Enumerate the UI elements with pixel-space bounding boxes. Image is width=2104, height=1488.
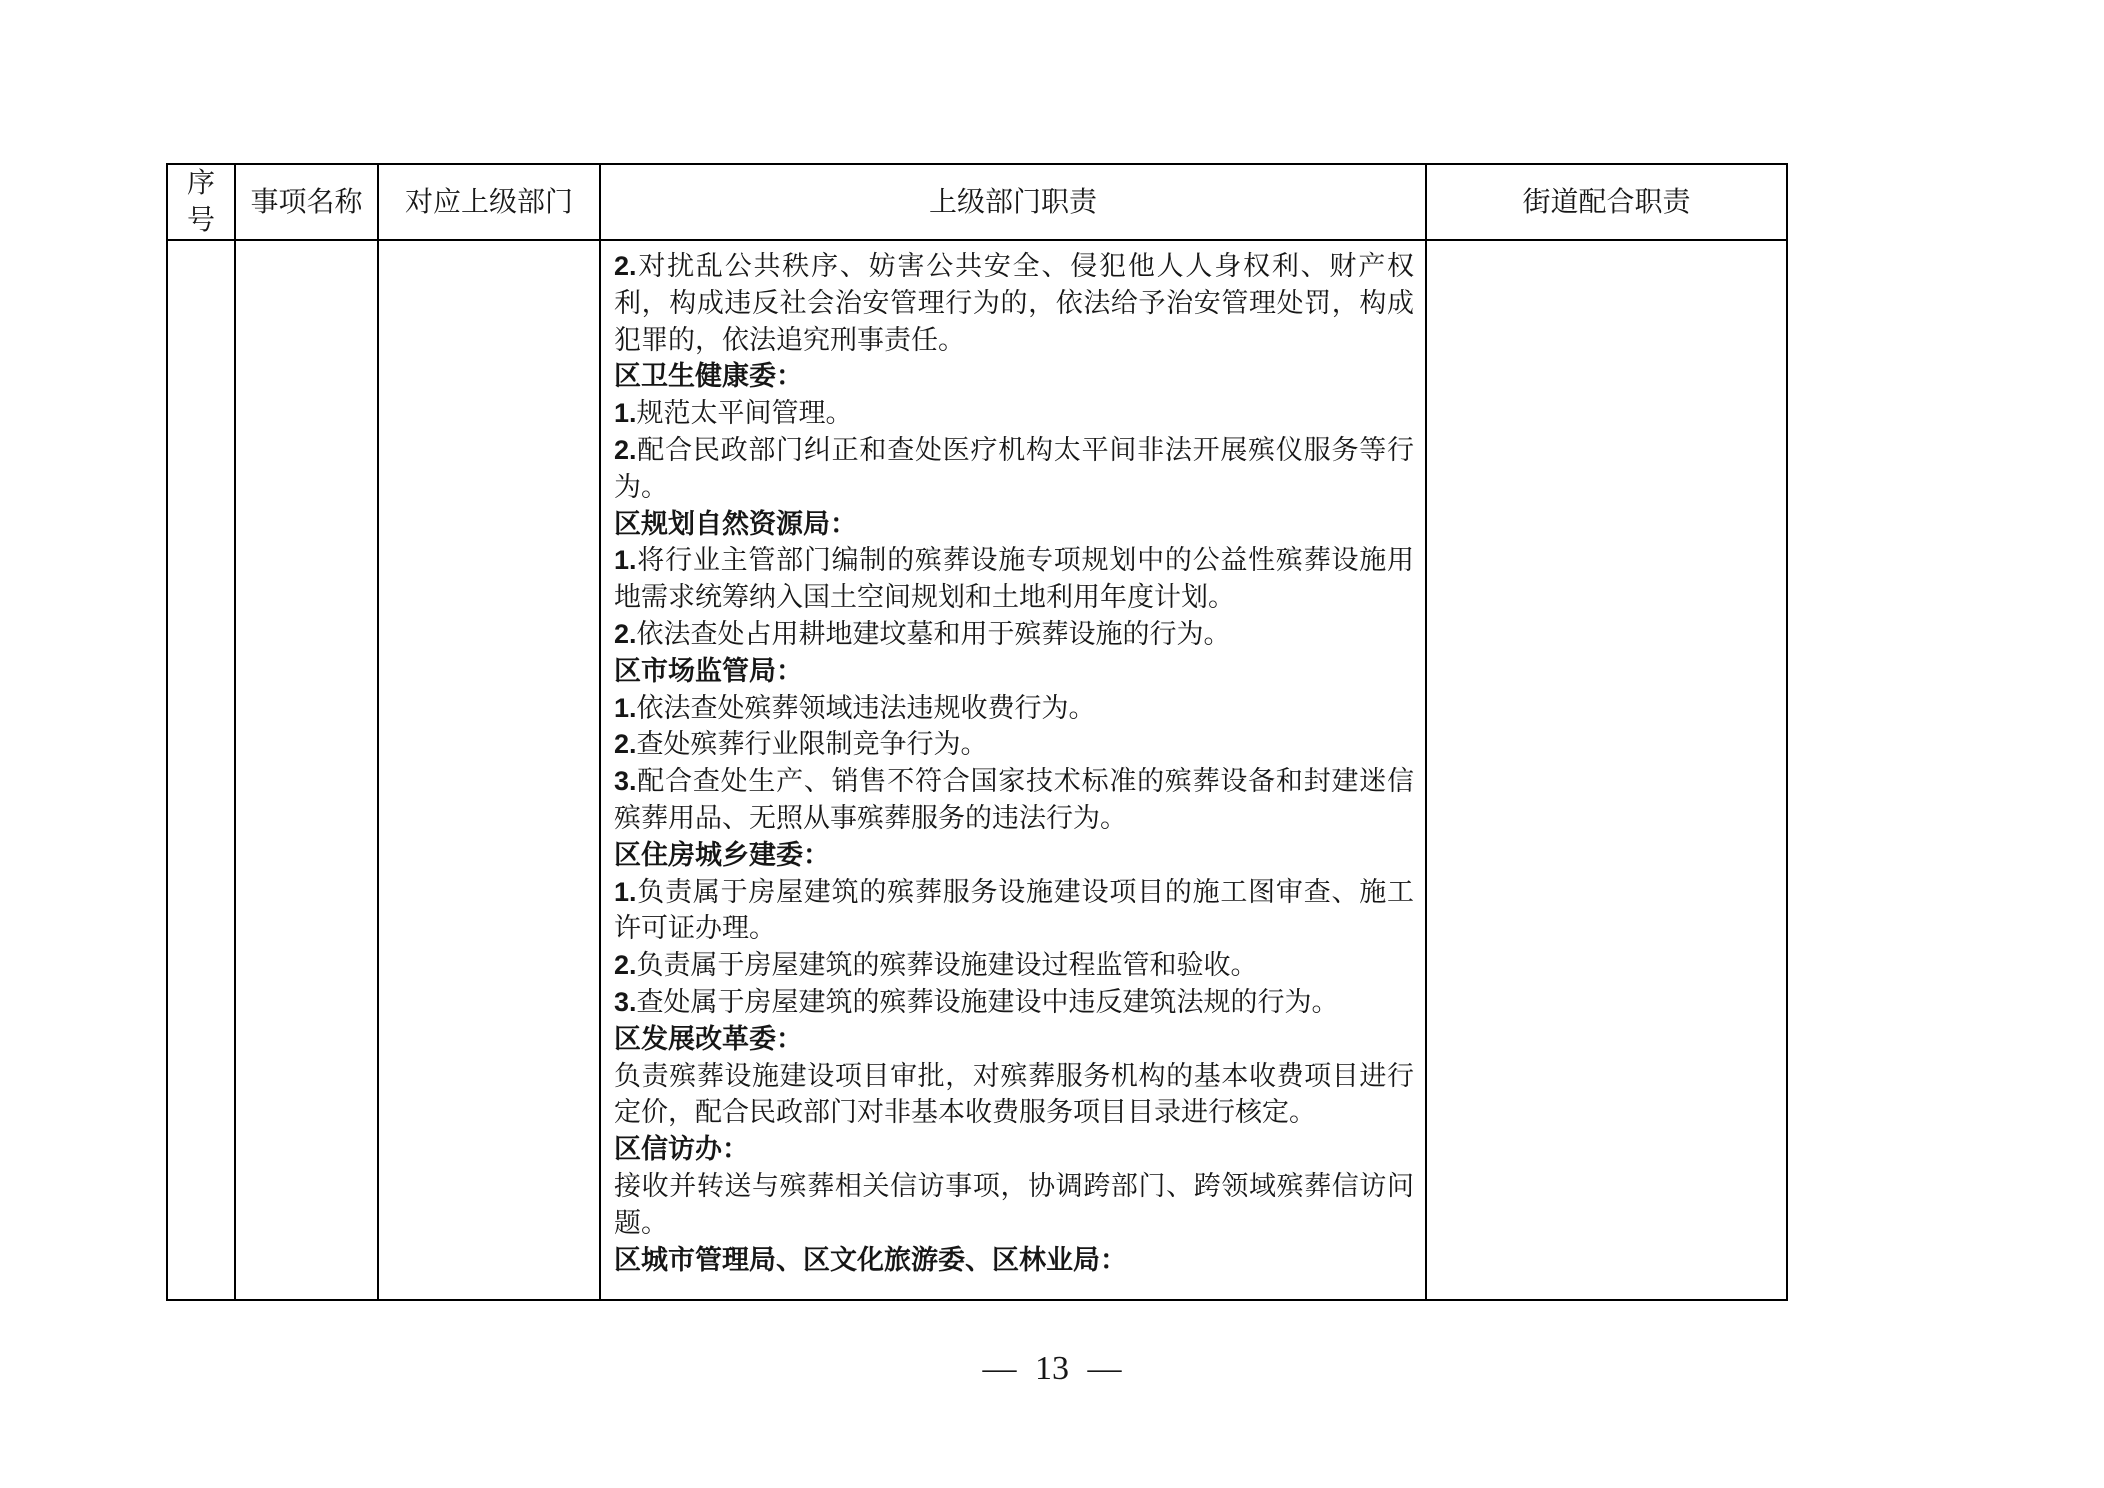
list-number: 2. — [614, 435, 637, 465]
department-heading: 区信访办： — [614, 1131, 1414, 1168]
list-number: 2. — [614, 729, 637, 759]
list-number: 1. — [614, 545, 637, 575]
duty-paragraph: 2.对扰乱公共秩序、妨害公共安全、侵犯他人人身权利、财产权利，构成违反社会治安管… — [614, 248, 1414, 358]
duty-paragraph: 2.依法查处占用耕地建坟墓和用于殡葬设施的行为。 — [614, 616, 1414, 653]
list-number: 1. — [614, 877, 637, 907]
duty-paragraph: 1.依法查处殡葬领域违法违规收费行为。 — [614, 690, 1414, 727]
header-row: 序号 事项名称 对应上级部门 上级部门职责 街道配合职责 — [167, 164, 1787, 240]
duty-paragraph: 3.配合查处生产、销售不符合国家技术标准的殡葬设备和封建迷信殡葬用品、无照从事殡… — [614, 763, 1414, 837]
duty-paragraph: 2.负责属于房屋建筑的殡葬设施建设过程监管和验收。 — [614, 947, 1414, 984]
header-superior-department: 对应上级部门 — [378, 164, 600, 240]
list-number: 2. — [614, 619, 637, 649]
department-heading: 区规划自然资源局： — [614, 506, 1414, 543]
department-heading: 区卫生健康委： — [614, 358, 1414, 395]
duty-paragraph: 3.查处属于房屋建筑的殡葬设施建设中违反建筑法规的行为。 — [614, 984, 1414, 1021]
header-item-name: 事项名称 — [235, 164, 378, 240]
department-heading: 区市场监管局： — [614, 653, 1414, 690]
list-number: 2. — [614, 251, 637, 281]
superior-duties-cell: 2.对扰乱公共秩序、妨害公共安全、侵犯他人人身权利、财产权利，构成违反社会治安管… — [600, 240, 1426, 1300]
list-number: 3. — [614, 766, 637, 796]
duty-paragraph: 2.配合民政部门纠正和查处医疗机构太平间非法开展殡仪服务等行为。 — [614, 432, 1414, 506]
document-page: 序号 事项名称 对应上级部门 上级部门职责 街道配合职责 2.对扰乱公共秩序、妨… — [0, 0, 2104, 1488]
seq-cell — [167, 240, 235, 1300]
duty-paragraph: 2.查处殡葬行业限制竞争行为。 — [614, 726, 1414, 763]
street-duties-cell — [1426, 240, 1787, 1300]
department-heading: 区城市管理局、区文化旅游委、区林业局： — [614, 1242, 1414, 1279]
department-heading: 区住房城乡建委： — [614, 837, 1414, 874]
list-number: 3. — [614, 987, 637, 1017]
list-number: 1. — [614, 398, 637, 428]
duty-paragraph: 1.负责属于房屋建筑的殡葬服务设施建设项目的施工图审查、施工许可证办理。 — [614, 874, 1414, 948]
duties-table: 序号 事项名称 对应上级部门 上级部门职责 街道配合职责 2.对扰乱公共秩序、妨… — [166, 163, 1788, 1301]
department-heading: 区发展改革委： — [614, 1021, 1414, 1058]
header-seq: 序号 — [167, 164, 235, 240]
list-number: 1. — [614, 693, 637, 723]
page-number: — 13 — — [0, 1349, 2104, 1389]
item-name-cell — [235, 240, 378, 1300]
table-row: 2.对扰乱公共秩序、妨害公共安全、侵犯他人人身权利、财产权利，构成违反社会治安管… — [167, 240, 1787, 1300]
header-street-duties: 街道配合职责 — [1426, 164, 1787, 240]
header-superior-duties: 上级部门职责 — [600, 164, 1426, 240]
duty-paragraph: 1.将行业主管部门编制的殡葬设施专项规划中的公益性殡葬设施用地需求统筹纳入国土空… — [614, 542, 1414, 616]
list-number: 2. — [614, 950, 637, 980]
duty-paragraph: 接收并转送与殡葬相关信访事项，协调跨部门、跨领域殡葬信访问题。 — [614, 1168, 1414, 1242]
superior-department-cell — [378, 240, 600, 1300]
duty-paragraph: 负责殡葬设施建设项目审批，对殡葬服务机构的基本收费项目进行定价，配合民政部门对非… — [614, 1058, 1414, 1132]
duty-paragraph: 1.规范太平间管理。 — [614, 395, 1414, 432]
